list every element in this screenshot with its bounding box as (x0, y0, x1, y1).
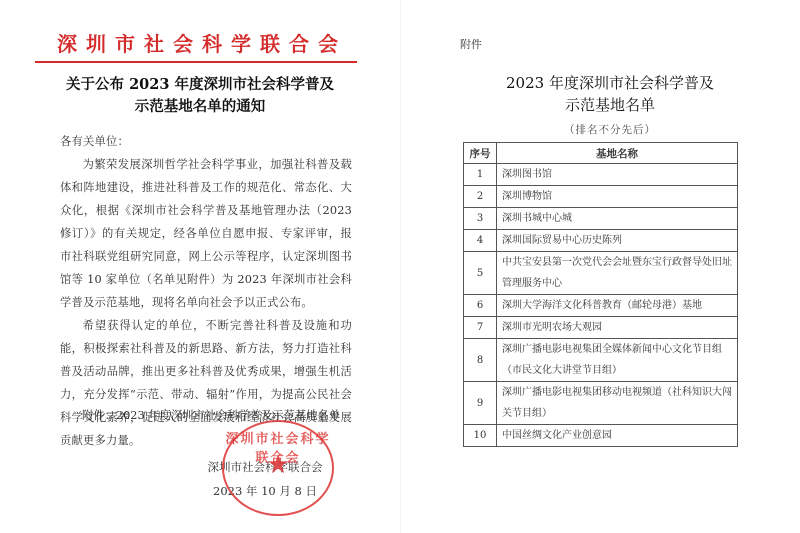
row-name: 深圳广播电影电视集团移动电视频道（社科知识大闯关节目组） (497, 382, 738, 425)
row-no: 6 (464, 295, 497, 317)
row-name: 深圳博物馆 (497, 186, 738, 208)
table-header-row: 序号 基地名称 (464, 143, 738, 164)
org-letterhead: 深圳市社会科学联合会 (52, 28, 352, 57)
list-title-line2: 示范基地名单 (470, 94, 750, 116)
salutation: 各有关单位： (60, 130, 352, 153)
signature-date: 2023 年 10 月 8 日 (190, 479, 340, 503)
signature-block: 深圳市社会科学联合会 2023 年 10 月 8 日 (190, 455, 340, 503)
base-list-table: 序号 基地名称 1 深圳图书馆 2 深圳博物馆 3 深圳书城中心城 4 深圳国际… (463, 142, 738, 447)
row-no: 9 (464, 382, 497, 425)
table-row: 1 深圳图书馆 (464, 164, 738, 186)
notice-title-line1: 关于公布 2023 年度深圳市社会科学普及 (30, 74, 370, 96)
table-row: 6 深圳大学海洋文化科普教育（邮轮母港）基地 (464, 295, 738, 317)
signature-org: 深圳市社会科学联合会 (190, 455, 340, 479)
row-name: 深圳书城中心城 (497, 208, 738, 230)
row-name: 中共宝安县第一次党代会会址暨东宝行政督导处旧址管理服务中心 (497, 252, 738, 295)
row-name: 深圳市光明农场大观园 (497, 317, 738, 339)
table-row: 9 深圳广播电影电视集团移动电视频道（社科知识大闯关节目组） (464, 382, 738, 425)
row-name: 深圳图书馆 (497, 164, 738, 186)
notice-page: 深圳市社会科学联合会 关于公布 2023 年度深圳市社会科学普及 示范基地名单的… (0, 0, 400, 533)
list-title: 2023 年度深圳市社会科学普及 示范基地名单 (470, 72, 750, 116)
row-no: 5 (464, 252, 497, 295)
letterhead-red-rule (35, 61, 357, 63)
row-no: 2 (464, 186, 497, 208)
table-row: 4 深圳国际贸易中心历史陈列 (464, 230, 738, 252)
row-no: 10 (464, 425, 497, 447)
row-no: 7 (464, 317, 497, 339)
table-row: 8 深圳广播电影电视集团全媒体新闻中心文化节目组（市民文化大讲堂节目组） (464, 339, 738, 382)
header-no: 序号 (464, 143, 497, 164)
row-no: 8 (464, 339, 497, 382)
notice-body: 各有关单位： 为繁荣发展深圳哲学社会科学事业，加强社科普及载体和阵地建设，推进社… (60, 130, 352, 452)
table-row: 10 中国丝绸文化产业创意园 (464, 425, 738, 447)
header-name: 基地名称 (497, 143, 738, 164)
row-name: 深圳国际贸易中心历史陈列 (497, 230, 738, 252)
table-row: 2 深圳博物馆 (464, 186, 738, 208)
attachment-reference: 附件：2023 年度深圳市社会科学普及示范基地名单 (82, 407, 352, 423)
notice-title-line2: 示范基地名单的通知 (30, 96, 370, 118)
table-row: 3 深圳书城中心城 (464, 208, 738, 230)
row-name: 深圳大学海洋文化科普教育（邮轮母港）基地 (497, 295, 738, 317)
row-name: 中国丝绸文化产业创意园 (497, 425, 738, 447)
row-name: 深圳广播电影电视集团全媒体新闻中心文化节目组（市民文化大讲堂节目组） (497, 339, 738, 382)
attachment-label: 附件 (460, 36, 482, 52)
paragraph-2: 希望获得认定的单位，不断完善社科普及设施和功能，积极探索社科普及的新思路、新方法… (60, 314, 352, 452)
list-title-line1: 2023 年度深圳市社会科学普及 (470, 72, 750, 94)
row-no: 1 (464, 164, 497, 186)
row-no: 4 (464, 230, 497, 252)
notice-title: 关于公布 2023 年度深圳市社会科学普及 示范基地名单的通知 (30, 74, 370, 118)
table-row: 5 中共宝安县第一次党代会会址暨东宝行政督导处旧址管理服务中心 (464, 252, 738, 295)
row-no: 3 (464, 208, 497, 230)
table-row: 7 深圳市光明农场大观园 (464, 317, 738, 339)
paragraph-1: 为繁荣发展深圳哲学社会科学事业，加强社科普及载体和阵地建设，推进社科普及工作的规… (60, 153, 352, 314)
list-subtitle: （排名不分先后） (470, 122, 750, 137)
